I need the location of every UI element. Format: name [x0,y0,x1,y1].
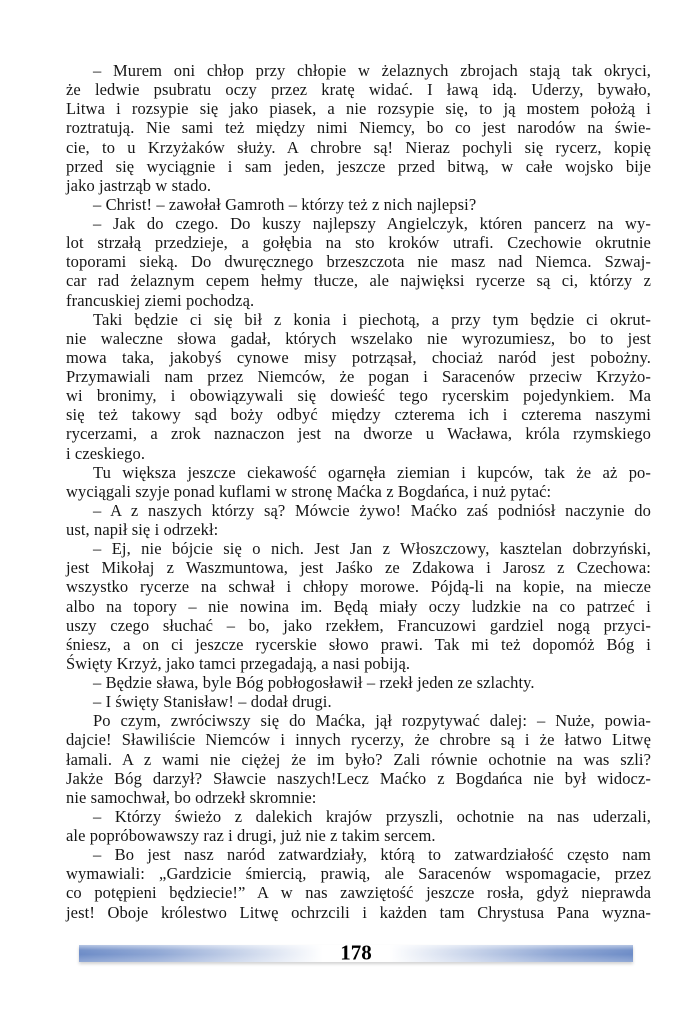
text-line: jest Mikołaj z Waszmuntowa, jest Jaśko z… [66,558,651,577]
text-line: – Którzy świeżo z dalekich krajów przysz… [66,807,651,826]
paragraph: – Którzy świeżo z dalekich krajów przysz… [66,807,651,845]
text-line: – Murem oni chłop przy chłopie w żelazny… [66,61,651,80]
text-line: Jakże Bóg darzył? Sławcie naszych!Lecz M… [66,769,651,788]
text-line: albo na topory – nie nowina im. Będą mia… [66,597,651,616]
text-line: – A z naszych którzy są? Mówcie żywo! Ma… [66,501,651,520]
text-line: uszy czego słuchać – bo, jako rzekłem, F… [66,616,651,635]
text-line: – Ej, nie bójcie się o nich. Jest Jan z … [66,539,651,558]
page-footer: 178 [79,945,633,962]
text-line: się też takowy sąd boży odbyć między czt… [66,405,651,424]
paragraph: – Murem oni chłop przy chłopie w żelazny… [66,61,651,195]
text-line: lot strzałą przedzieje, a gołębia na sto… [66,233,651,252]
text-line: car rad żelaznym cepem hełmy tłucze, ale… [66,271,651,290]
paragraph: – Christ! – zawołał Gamroth – którzy też… [66,195,651,214]
text-line: Przymawiali nam przez Niemców, że pogan … [66,367,651,386]
text-line: nie samochwał, bo odrzekł skromnie: [66,788,651,807]
text-line: śniesz, a on ci jeszcze rycerskie słowo … [66,635,651,654]
text-line: mowa taka, jakobyś cynowe misy potrząsał… [66,348,651,367]
text-line: co potępieni będziecie!” A w nas zawzięt… [66,883,651,902]
text-line: francuskiej ziemi pochodzą. [66,291,651,310]
text-line: łamali. A z wami nie ciężej że im było? … [66,750,651,769]
paragraph: – Jak do czego. Do kuszy najlepszy Angie… [66,214,651,310]
text-line: nie waleczne słowa gadał, których wszela… [66,329,651,348]
text-line: Litwa i rozsypie się jako piasek, a nie … [66,99,651,118]
text-line: dajcie! Sławiliście Niemców i innych ryc… [66,730,651,749]
text-line: wymawiali: „Gardzicie śmiercią, prawią, … [66,864,651,883]
paragraph: – Ej, nie bójcie się o nich. Jest Jan z … [66,539,651,673]
paragraph: Taki będzie ci się bił z konia i piechot… [66,310,651,463]
text-line: cie, to u Krzyżaków służy. A chrobre są!… [66,138,651,157]
text-line: rycerzami, a zrok naznaczon jest na dwor… [66,424,651,443]
text-line: i czeskiego. [66,444,651,463]
text-line: Święty Krzyż, jako tamci przegadają, a n… [66,654,651,673]
text-line: – Bo jest nasz naród zatwardziały, którą… [66,845,651,864]
book-page: – Murem oni chłop przy chłopie w żelazny… [0,0,700,1018]
text-line: – Będzie sława, byle Bóg pobłogosławił –… [66,673,651,692]
paragraph: – I święty Stanisław! – dodał drugi. [66,692,651,711]
paragraph: – A z naszych którzy są? Mówcie żywo! Ma… [66,501,651,539]
paragraph: – Bo jest nasz naród zatwardziały, którą… [66,845,651,922]
text-line: jako jastrząb w stado. [66,176,651,195]
text-line: – I święty Stanisław! – dodał drugi. [66,692,651,711]
page-number: 178 [79,942,633,963]
text-line: przed się wyciągnie i sam jeden, jeszcze… [66,157,651,176]
paragraph: Po czym, zwróciwszy się do Maćka, jął ro… [66,711,651,807]
text-line: Taki będzie ci się bił z konia i piechot… [66,310,651,329]
paragraph: Tu większa jeszcze ciekawość ogarnęła zi… [66,463,651,501]
text-line: wyciągali szyje ponad kuflami w stronę M… [66,482,651,501]
text-line: – Christ! – zawołał Gamroth – którzy też… [66,195,651,214]
text-line: – Jak do czego. Do kuszy najlepszy Angie… [66,214,651,233]
text-line: Tu większa jeszcze ciekawość ogarnęła zi… [66,463,651,482]
text-line: ale popróbowawszy raz i drugi, już nie z… [66,826,651,845]
text-line: wi bronimy, i obowiązywali się dowieść t… [66,386,651,405]
page-text: – Murem oni chłop przy chłopie w żelazny… [66,61,651,922]
text-line: roztratują. Nie sami też między nimi Nie… [66,118,651,137]
text-line: Po czym, zwróciwszy się do Maćka, jął ro… [66,711,651,730]
text-line: jest! Oboje królestwo Litwę ochrzcili i … [66,903,651,922]
text-line: toporami sieką. Do dwuręcznego brzeszczo… [66,252,651,271]
paragraph: – Będzie sława, byle Bóg pobłogosławił –… [66,673,651,692]
text-line: ust, napił się i odrzekł: [66,520,651,539]
text-line: że ledwie psubratu oczy przez kratę wida… [66,80,651,99]
text-line: wszystko rycerze na schwał i chłopy moro… [66,577,651,596]
